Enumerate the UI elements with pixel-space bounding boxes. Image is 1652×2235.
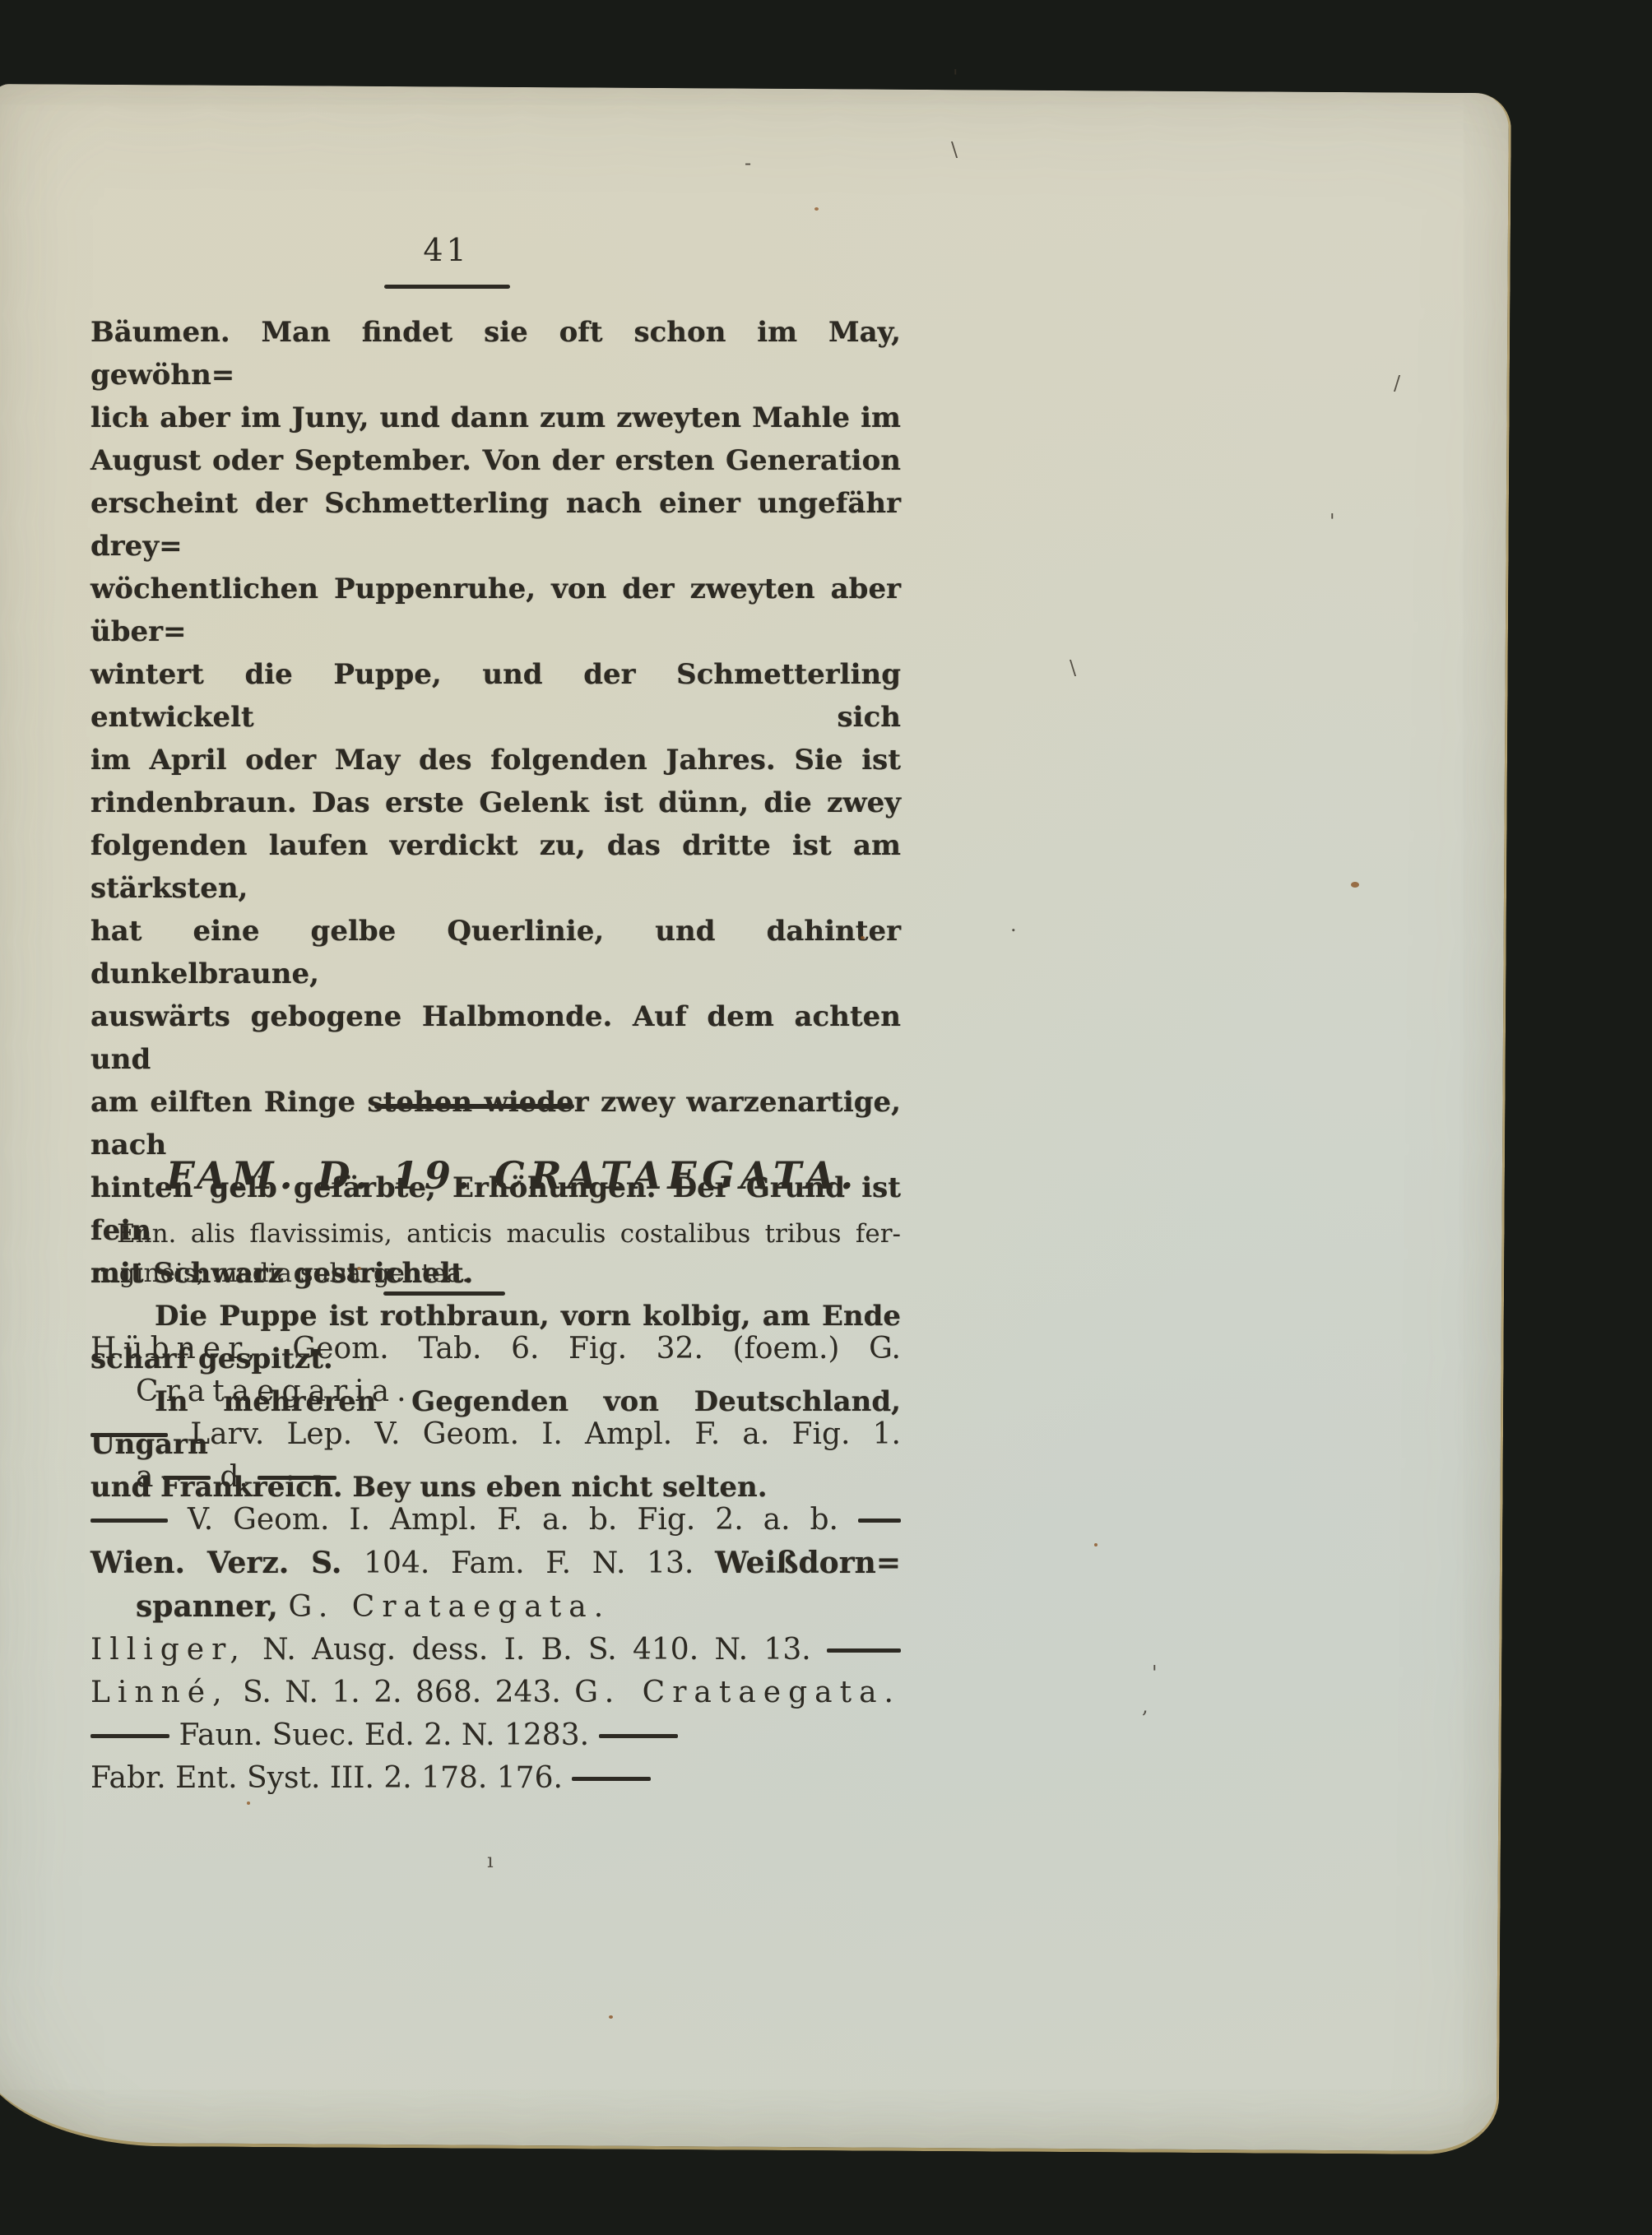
dash-rule: [258, 1476, 336, 1480]
body-line: erscheint der Schmetterling nach einer u…: [90, 482, 901, 568]
reference-line: spanner, G. Crataegata.: [90, 1585, 901, 1629]
reference-line: Crataegaria.: [90, 1370, 901, 1413]
margin-mark: ': [1329, 510, 1335, 533]
dash-rule: [90, 1519, 168, 1523]
latin-line: Enn. alis flavissimis, anticis maculis c…: [90, 1214, 901, 1254]
text-segment: Fabr. Ent. Syst. III. 2. 178. 176.: [90, 1761, 572, 1795]
page-number: 41: [383, 232, 510, 268]
text-segment: a: [136, 1460, 163, 1494]
body-line: Bäumen. Man findet sie oft schon im May,…: [90, 311, 901, 396]
dash-rule: [163, 1476, 211, 1480]
reference-line: Fabr. Ent. Syst. III. 2. 178. 176.: [90, 1757, 901, 1800]
paper-speck: [814, 207, 819, 211]
paper-speck: [1351, 882, 1359, 888]
body-line: hat eine gelbe Querlinie, und dahinter d…: [90, 910, 901, 995]
dash-rule: [858, 1519, 901, 1523]
text-segment: N. Ausg. dess. I. B. S. 410. N. 13.: [247, 1633, 827, 1667]
text-segment: Linné,: [90, 1676, 230, 1709]
diagnosis-divider-rule: [383, 1291, 505, 1296]
text-segment: G. Crataegata.: [574, 1676, 901, 1709]
text-segment: Bäumen. Man findet sie oft schon im May,…: [90, 316, 901, 392]
latin-diagnosis: Enn. alis flavissimis, anticis maculis c…: [90, 1214, 901, 1293]
margin-mark: \: [1070, 656, 1076, 679]
text-segment: V. Geom. I. Ampl. F. a. b. Fig. 2. a. b.: [168, 1503, 858, 1537]
dash-rule: [599, 1734, 678, 1738]
species-heading: FAM. D. 19. CRATAEGATA.: [90, 1153, 901, 1198]
page-content: 41 Bäumen. Man findet sie oft schon im M…: [0, 0, 1652, 2235]
text-segment: am eilften Ringe stehen wieder zwey warz…: [90, 1086, 901, 1162]
text-segment: Larv. Lep. V. Geom. I. Ampl. F. a. Fig. …: [168, 1417, 901, 1451]
text-segment: G. Crataegata.: [288, 1590, 610, 1624]
margin-mark: ': [1152, 1662, 1158, 1685]
text-segment: im April oder May des folgenden Jahres. …: [90, 744, 901, 777]
dash-rule: [827, 1648, 901, 1653]
paper-speck: [609, 2015, 613, 2019]
paper-speck: [357, 1267, 361, 1270]
body-line: auswärts gebogene Halbmonde. Auf dem ach…: [90, 995, 901, 1081]
text-segment: August oder September. Von der ersten Ge…: [90, 444, 901, 477]
paper-speck: [861, 936, 865, 939]
reference-list: Hübner, Geom. Tab. 6. Fig. 32. (foem.) G…: [90, 1328, 901, 1800]
reference-line: Wien. Verz. S. 104. Fam. F. N. 13. Weißd…: [90, 1542, 901, 1585]
dash-rule: [572, 1777, 651, 1781]
margin-mark: ,: [1142, 1695, 1149, 1718]
dash-rule: [90, 1734, 169, 1738]
margin-mark: ı: [487, 1849, 494, 1872]
text-segment: Geom. Tab. 6. Fig. 32. (foem.) G.: [263, 1332, 901, 1366]
body-line: August oder September. Von der ersten Ge…: [90, 439, 901, 482]
body-line: wintert die Puppe, und der Schmetterling…: [90, 653, 901, 739]
body-line: im April oder May des folgenden Jahres. …: [90, 739, 901, 781]
text-segment: Weißdorn=: [715, 1546, 901, 1580]
text-segment: lich aber im Juny, und dann zum zweyten …: [90, 401, 901, 434]
reference-line: Illiger, N. Ausg. dess. I. B. S. 410. N.…: [90, 1629, 901, 1672]
margin-mark: .: [1010, 913, 1017, 936]
scanned-book-page: 41 Bäumen. Man findet sie oft schon im M…: [0, 0, 1652, 2235]
body-line: lich aber im Juny, und dann zum zweyten …: [90, 396, 901, 439]
margin-mark: \: [951, 138, 958, 161]
body-line: rindenbraun. Das erste Gelenk ist dünn, …: [90, 781, 901, 824]
reference-line: Faun. Suec. Ed. 2. N. 1283.: [90, 1714, 901, 1757]
page-number-rule: [384, 285, 510, 289]
text-segment: erscheint der Schmetterling nach einer u…: [90, 487, 901, 563]
paper-speck: [1094, 1543, 1097, 1546]
text-segment: hat eine gelbe Querlinie, und dahinter d…: [90, 915, 901, 990]
text-segment: wintert die Puppe, und der Schmetterling…: [90, 658, 901, 734]
margin-mark: ': [953, 66, 958, 89]
text-segment: Crataegaria.: [136, 1375, 414, 1408]
text-segment: rugineis; media subargentea.: [90, 1259, 470, 1288]
reference-line: Larv. Lep. V. Geom. I. Ampl. F. a. Fig. …: [90, 1413, 901, 1456]
reference-line: V. Geom. I. Ampl. F. a. b. Fig. 2. a. b.: [90, 1499, 901, 1542]
reference-line: Linné, S. N. 1. 2. 868. 243. G. Crataega…: [90, 1672, 901, 1714]
text-segment: Enn. alis flavissimis, anticis maculis c…: [117, 1219, 901, 1249]
margin-mark: -: [745, 151, 751, 174]
text-segment: wöchentlichen Puppenruhe, von der zweyte…: [90, 573, 901, 648]
text-segment: 104. Fam. F. N. 13.: [364, 1546, 715, 1580]
text-segment: rindenbraun. Das erste Gelenk ist dünn, …: [90, 786, 901, 819]
text-segment: folgenden laufen verdickt zu, das dritte…: [90, 829, 901, 905]
text-segment: spanner,: [136, 1589, 288, 1624]
section-divider-rule: [374, 1104, 574, 1109]
text-segment: S. N. 1. 2. 868. 243.: [230, 1676, 575, 1709]
paper-speck: [247, 1801, 250, 1805]
dash-rule: [90, 1433, 168, 1437]
paper-speck: [138, 418, 143, 422]
reference-line: Hübner, Geom. Tab. 6. Fig. 32. (foem.) G…: [90, 1328, 901, 1370]
body-line: wöchentlichen Puppenruhe, von der zweyte…: [90, 568, 901, 653]
text-segment: Illiger,: [90, 1633, 247, 1667]
body-line: folgenden laufen verdickt zu, das dritte…: [90, 824, 901, 910]
text-segment: Hübner,: [90, 1332, 263, 1366]
latin-line: rugineis; media subargentea.: [90, 1254, 901, 1293]
text-segment: d.: [211, 1460, 258, 1494]
reference-line: a d.: [90, 1456, 901, 1499]
text-segment: Faun. Suec. Ed. 2. N. 1283.: [169, 1718, 599, 1752]
margin-mark: /: [1394, 372, 1400, 395]
text-segment: auswärts gebogene Halbmonde. Auf dem ach…: [90, 1000, 901, 1076]
paragraph: Bäumen. Man findet sie oft schon im May,…: [90, 311, 901, 1295]
text-segment: Wien. Verz. S.: [90, 1546, 364, 1580]
